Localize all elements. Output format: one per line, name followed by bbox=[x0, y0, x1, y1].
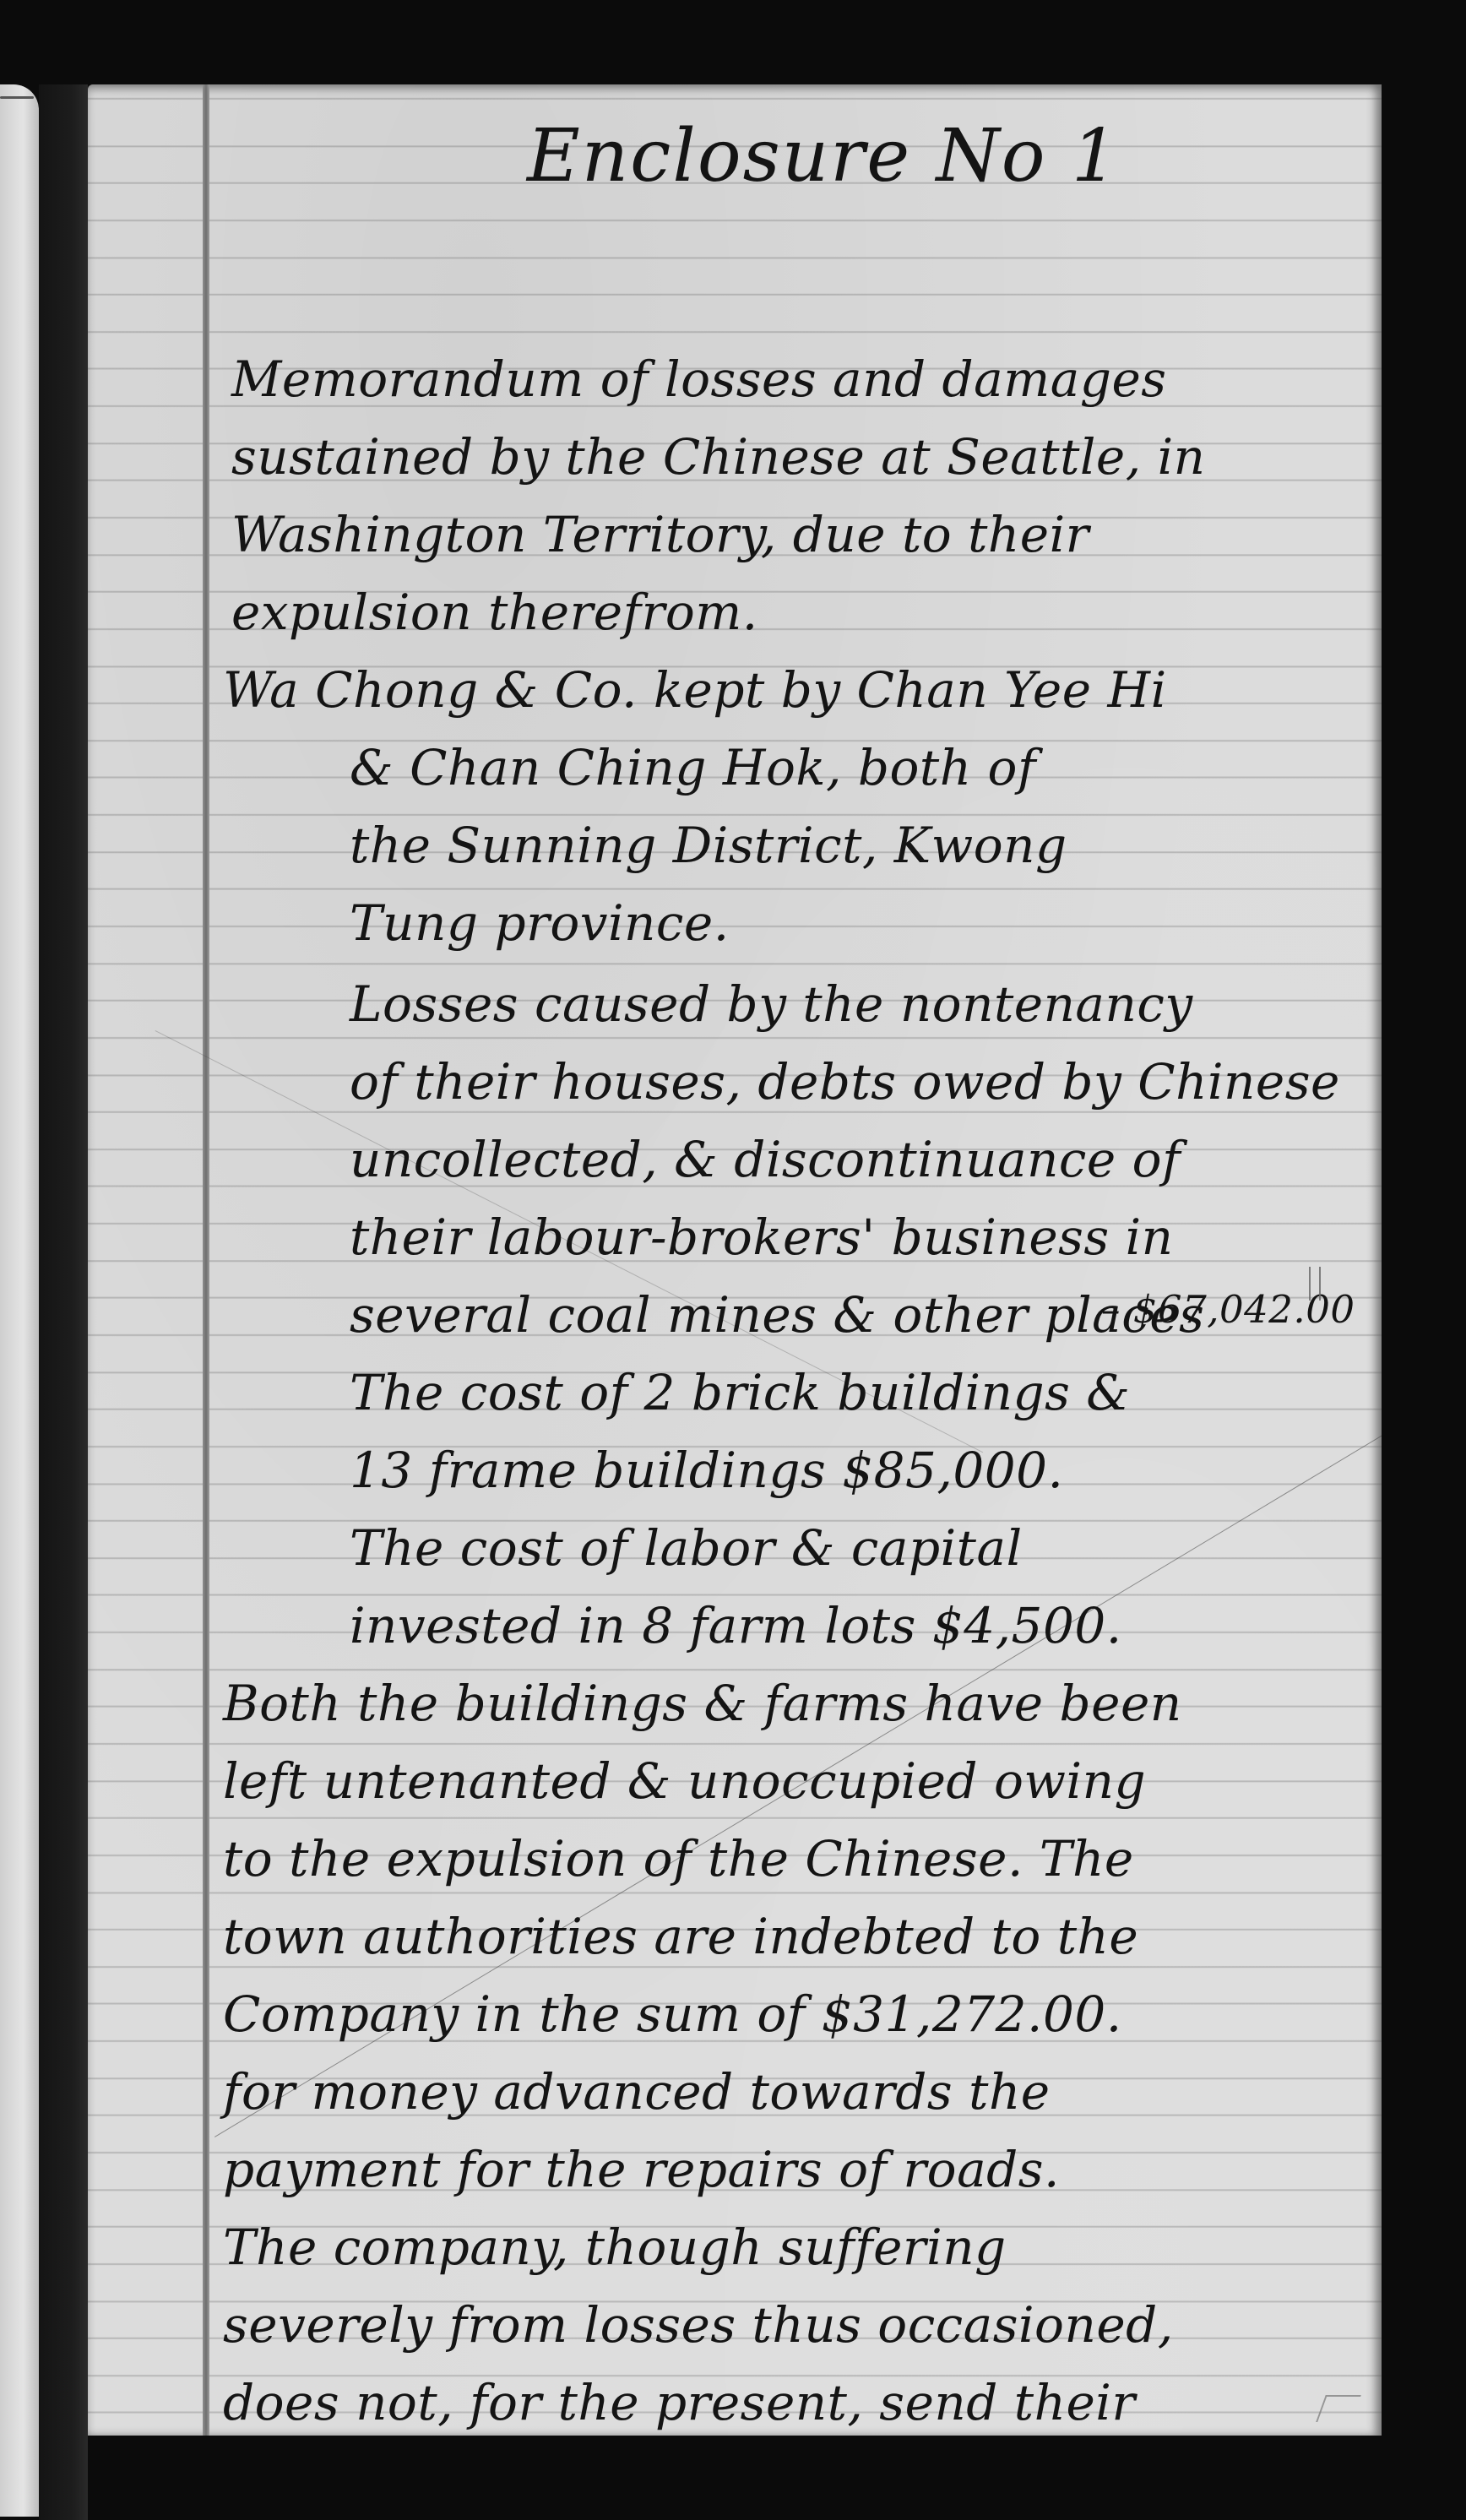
text-line: Both the buildings & farms have been bbox=[223, 1679, 1182, 1728]
text-line: several coal mines & other places bbox=[350, 1290, 1204, 1339]
text-line: Washington Territory, due to their bbox=[231, 510, 1089, 559]
text-line: left untenanted & unoccupied owing bbox=[223, 1757, 1146, 1806]
text-line: the Sunning District, Kwong bbox=[350, 821, 1067, 870]
text-line: & Chan Ching Hok, both of bbox=[350, 743, 1036, 792]
text-line: Memorandum of losses and damages bbox=[231, 355, 1167, 404]
text-line: town authorities are indebted to the bbox=[223, 1912, 1138, 1961]
text-line: does not, for the present, send their bbox=[223, 2378, 1136, 2427]
text-line: for money advanced towards the bbox=[223, 2067, 1051, 2116]
page-title: Enclosure No 1 bbox=[527, 114, 1120, 198]
tally-mark bbox=[1309, 1267, 1321, 1301]
text-line: Losses caused by the nontenancy bbox=[350, 980, 1193, 1029]
text-line: 13 frame buildings $85,000. bbox=[350, 1446, 1064, 1495]
adjacent-page-edge bbox=[0, 84, 39, 2517]
text-line: payment for the repairs of roads. bbox=[223, 2145, 1060, 2194]
text-line: The cost of labor & capital bbox=[350, 1523, 1023, 1572]
ledger-page: Enclosure No 1 Memorandum of losses and … bbox=[88, 84, 1382, 2436]
text-line: uncollected, & discontinuance of bbox=[350, 1135, 1181, 1184]
text-line: sustained by the Chinese at Seattle, in bbox=[231, 432, 1206, 481]
handwritten-content: Enclosure No 1 Memorandum of losses and … bbox=[223, 84, 1348, 2436]
text-line: to the expulsion of the Chinese. The bbox=[223, 1834, 1134, 1883]
text-line: Tung province. bbox=[350, 899, 730, 948]
margin-rule bbox=[203, 84, 209, 2436]
text-line: severely from losses thus occasioned, bbox=[223, 2300, 1174, 2349]
text-line: Company in the sum of $31,272.00. bbox=[223, 1990, 1122, 2039]
text-line: Wa Chong & Co. kept by Chan Yee Hi bbox=[223, 665, 1167, 714]
text-line: The company, though suffering bbox=[223, 2223, 1007, 2272]
text-line: their labour-brokers' business in bbox=[350, 1213, 1174, 1262]
text-line: invested in 8 farm lots $4,500. bbox=[350, 1601, 1122, 1650]
book-gutter bbox=[39, 84, 88, 2520]
text-line: of their houses, debts owed by Chinese bbox=[350, 1057, 1340, 1106]
text-line: The cost of 2 brick buildings & bbox=[350, 1368, 1130, 1417]
text-line: expulsion therefrom. bbox=[231, 588, 758, 637]
